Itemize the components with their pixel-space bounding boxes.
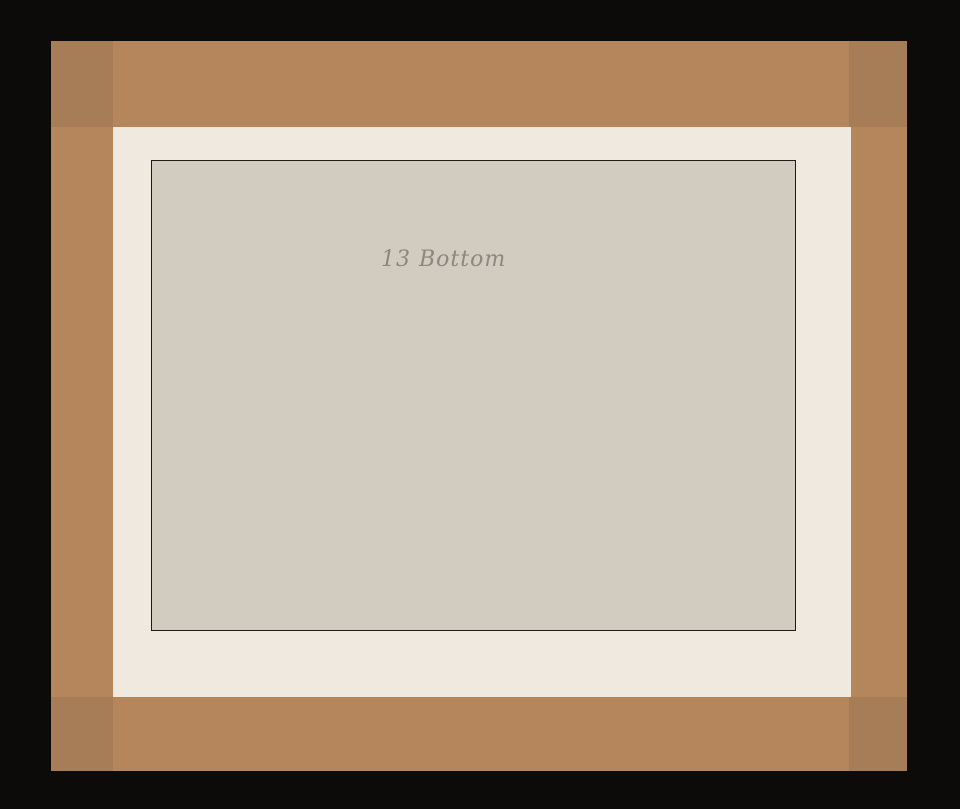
tape-corner-overlap (51, 697, 113, 771)
tape-corner-overlap (849, 41, 907, 127)
handwritten-note: 13 Bottom (381, 247, 506, 272)
blank-gray-plate: 13 Bottom (151, 160, 796, 631)
tape-corner-overlap (849, 697, 907, 771)
tape-corner-overlap (51, 41, 113, 127)
